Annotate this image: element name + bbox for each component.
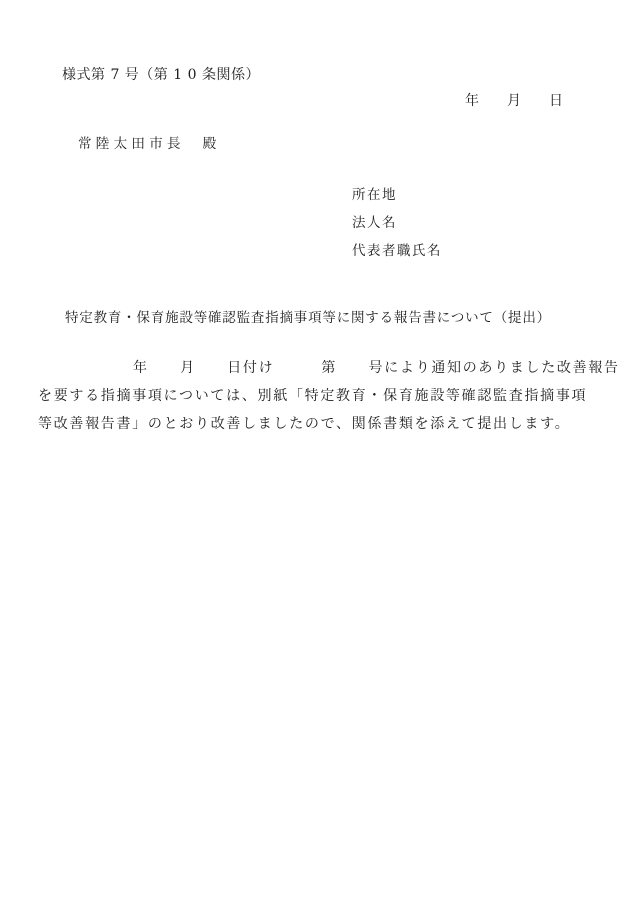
body-paragraph-line-2: を要する指摘事項については、別紙「特定教育・保育施設等確認監査指摘事項 bbox=[38, 389, 587, 403]
document-title: 特定教育・保育施設等確認監査指摘事項等に関する報告書について（提出） bbox=[65, 312, 551, 326]
form-number: 様式第 7 号（第 1 0 条関係） bbox=[62, 68, 260, 82]
addressee-line: 常陸太田市長 殿 bbox=[78, 138, 220, 152]
sender-corporation-label: 法人名 bbox=[352, 217, 442, 231]
body-paragraph-line-3: 等改善報告書」のとおり改善しましたので、関係書類を添えて提出します。 bbox=[38, 417, 570, 431]
sender-address-label: 所在地 bbox=[352, 189, 442, 203]
sender-block: 所在地 法人名 代表者職氏名 bbox=[352, 189, 442, 273]
document-page: 様式第 7 号（第 1 0 条関係） 年 月 日 常陸太田市長 殿 所在地 法人… bbox=[0, 0, 630, 903]
date-blank-line: 年 月 日 bbox=[465, 94, 563, 108]
sender-representative-label: 代表者職氏名 bbox=[352, 245, 442, 259]
body-paragraph-line-1: 年 月 日付け 第 号により通知のありました改善報告 bbox=[38, 361, 620, 375]
